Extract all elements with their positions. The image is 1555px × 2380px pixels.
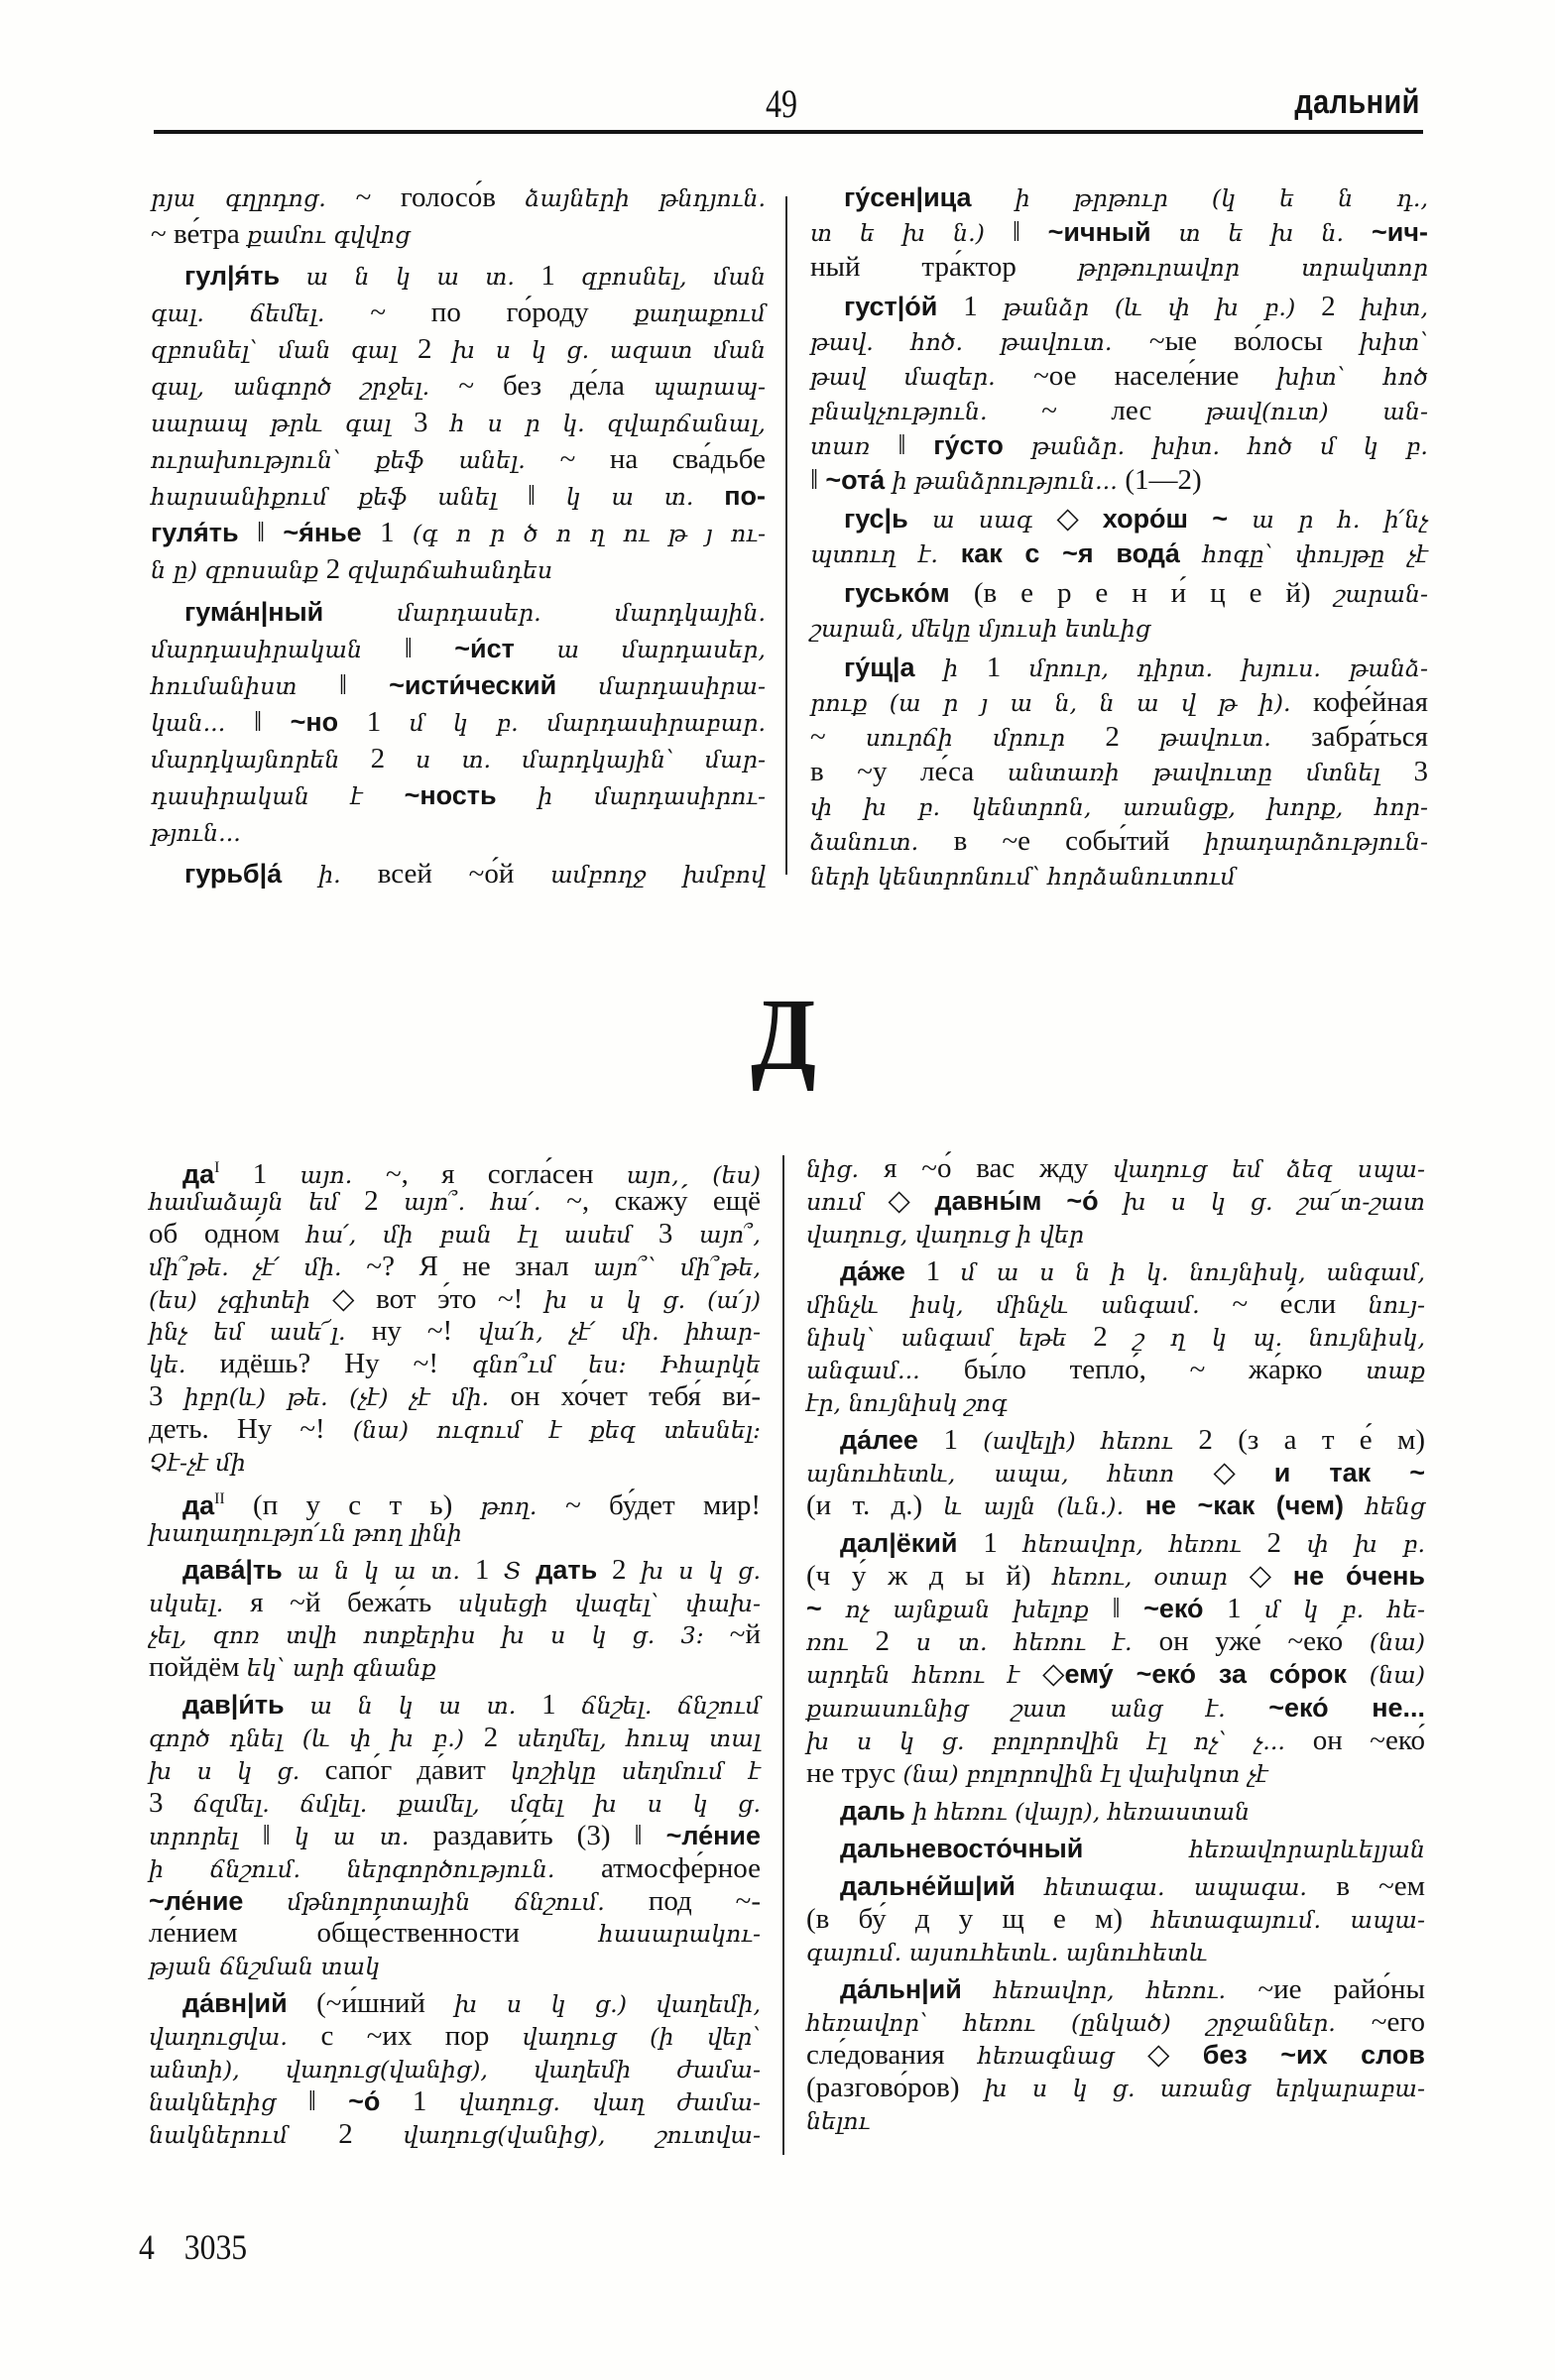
russian-text: (в е р е н и́ ц е й) bbox=[974, 577, 1335, 609]
armenian-translation: գալ. ճեմել. bbox=[151, 299, 370, 327]
armenian-translation: ների կենտրոնում՝ հորձանուտում bbox=[810, 863, 1236, 891]
russian-text: 1 bbox=[541, 1689, 581, 1721]
headword: давны́м ~о́ bbox=[934, 1186, 1123, 1216]
line-text: ный тра́ктор թրթուրավոր տրակտոր bbox=[810, 251, 1428, 283]
armenian-translation: անտառի թավուտը մտնել bbox=[1008, 759, 1414, 786]
line-text: մինչև իսկ, մինչև անգամ. ~ е́сли նույ- bbox=[806, 1288, 1425, 1320]
armenian-translation: կան... bbox=[151, 709, 254, 737]
russian-text: (1—2) bbox=[1125, 464, 1201, 496]
armenian-translation: արդեն հեռու է bbox=[806, 1661, 1042, 1689]
column-top-left: րյա գղրդոց. ~ голосо́в ձայների թնդյուն.~… bbox=[151, 181, 766, 890]
armenian-translation: խ ս կ ց. բոլորովին էլ ոչ՝ չ... bbox=[806, 1727, 1313, 1755]
armenian-translation: ի bbox=[943, 654, 987, 682]
dictionary-page: 49 дальний րյա գղրդոց. ~ голосо́в ձայներ… bbox=[0, 0, 1555, 2380]
line-text: ‖ ~ота́ ի թանձրություն... (1—2) bbox=[810, 464, 1202, 496]
armenian-translation: թանձր (և փ խ բ.) bbox=[1003, 294, 1321, 321]
armenian-translation: խաղաղությո՛ւն թող լինի bbox=[149, 1519, 462, 1547]
entry-line: նակներից ‖ ~о́ 1 վաղուց. վաղ ժամա- bbox=[149, 2085, 761, 2117]
line-text: гума́н|ный մարդասեր. մարդկային. bbox=[184, 596, 766, 628]
armenian-translation: խիտ, bbox=[1361, 294, 1428, 321]
armenian-translation: կ ա տ. bbox=[295, 1823, 433, 1850]
armenian-translation: ուրախություն՝ քեֆ անել. bbox=[151, 446, 560, 474]
headword: гурьб|а́ bbox=[184, 859, 318, 889]
entry-line: խաղաղությո՛ւն թող լինի bbox=[149, 1516, 761, 1548]
russian-text: ◇ bbox=[1056, 503, 1102, 535]
entry-line: հեռավոր՝ հեռու (ընկած) շրջաններ. ~его bbox=[806, 2006, 1425, 2038]
armenian-translation: հասարակու- bbox=[599, 1920, 761, 1948]
entry-start-line: гул|я́ть ա ն կ ա տ. 1 զբոսնել, ման bbox=[151, 260, 766, 292]
russian-text: всей ~о́й bbox=[378, 858, 550, 890]
line-text: րյա գղրդոց. ~ голосо́в ձայների թնդյուն. bbox=[151, 181, 766, 213]
armenian-translation: ի մարդասիրու- bbox=[538, 782, 766, 810]
russian-text: ~? Я не знал bbox=[366, 1250, 593, 1282]
russian-text: 2 bbox=[1093, 1321, 1134, 1353]
armenian-translation: անտի), վաղուց(վանից), վաղեմի ժամա- bbox=[149, 2056, 761, 2083]
armenian-translation: հոգը՝ փույթը չէ bbox=[1203, 540, 1428, 568]
entry-start-line: дав|и́ть ա ն կ ա տ. 1 ճնշել. ճնշում bbox=[149, 1689, 761, 1721]
line-text: (разгово́ров) խ ս կ ց. առանց երկարաբա- bbox=[806, 2072, 1425, 2103]
armenian-translation: խ ս կ ց. (ա՛յ) bbox=[544, 1286, 761, 1314]
entry-line: կան... ‖ ~но 1 մ կ բ. մարդասիրաբար. bbox=[151, 706, 766, 738]
line-text: փ խ բ. կենտրոն, առանցք, խորք, հոր- bbox=[810, 790, 1428, 822]
line-text: թավ. հոծ. թավուտ. ~ые во́лосы խիտ՝ bbox=[810, 325, 1428, 357]
entry-line: նիսկ՝ անգամ եթե 2 շ ղ կ պ. նույնիսկ, bbox=[806, 1321, 1425, 1353]
armenian-translation: հ ս ր կ. զվարճանալ, bbox=[450, 410, 766, 437]
line-text: дальневосто́чный հեռավորարևելյան bbox=[840, 1833, 1425, 1864]
entry-line: гуля́ть ‖ ~я́нье 1 (գ ո ր ծ ո ղ ու թ յ ո… bbox=[151, 517, 766, 548]
armenian-translation: Տ bbox=[504, 1557, 536, 1585]
armenian-translation: գայում. այսուհետև. այնուհետև bbox=[806, 1939, 1208, 1966]
russian-text: (в бу́ д у щ е м) bbox=[806, 1903, 1151, 1935]
line-text: дав|и́ть ա ն կ ա տ. 1 ճնշել. ճնշում bbox=[182, 1689, 761, 1721]
armenian-translation: այնուհետև, ապա, հետո bbox=[806, 1460, 1213, 1487]
armenian-translation: չել, զոռ տվի ոտքերիս խ ս կ ց. 3: bbox=[149, 1621, 730, 1649]
line-text: թավ մազեր. ~ое населе́ние խիտ՝ հոծ bbox=[810, 360, 1428, 392]
line-text: 3 իբր(և) թե. (չէ) չէ մի. он хо́чет тебя́… bbox=[149, 1380, 761, 1412]
russian-text: (и т. д.) bbox=[806, 1489, 943, 1521]
russian-text: он хо́чет тебя́ ви́- bbox=[511, 1380, 761, 1412]
armenian-translation: և այլն (ևն.). bbox=[943, 1492, 1144, 1520]
line-text: гурьб|а́ ի. всей ~о́й ամբողջ խմբով bbox=[184, 858, 766, 890]
line-text: խաղաղությո՛ւն թող լինի bbox=[149, 1516, 462, 1548]
armenian-translation: հարսանիքում քեֆ անել bbox=[151, 483, 528, 511]
headword: да́же bbox=[840, 1256, 926, 1286]
armenian-translation: ա մարդասեր, bbox=[556, 636, 766, 663]
headword: ~ность bbox=[405, 780, 538, 810]
russian-text: забра́ться bbox=[1311, 721, 1428, 753]
russian-text: ный тра́ктор bbox=[810, 251, 1078, 283]
headword: ~но bbox=[291, 707, 367, 737]
armenian-translation: մ ա ս ն ի կ. նույնիսկ, անգամ, bbox=[961, 1258, 1425, 1286]
armenian-translation: զվարճահանդես bbox=[347, 556, 552, 584]
russian-text: ~ е́сли bbox=[1232, 1288, 1368, 1320]
line-text: даль ի հեռու (վայր), հեռաստան bbox=[840, 1795, 1250, 1827]
russian-text: 1 bbox=[983, 1527, 1022, 1559]
line-text: խ ս կ ց. բոլորովին էլ ոչ՝ չ... он ~еко́ bbox=[806, 1725, 1425, 1756]
headword: да́вн|ий bbox=[182, 1988, 316, 2018]
armenian-translation: թավ. հոծ. թավուտ. bbox=[810, 328, 1149, 356]
armenian-translation: նակներից bbox=[149, 2088, 308, 2116]
entry-line: ~ սուրճի մրուր 2 թավուտ. забра́ться bbox=[810, 721, 1428, 753]
russian-text: сле́дования bbox=[806, 2039, 978, 2071]
line-text: մի՞թե. չէ՛ մի. ~? Я не знал այո՞՝ մի՞թե, bbox=[149, 1250, 761, 1282]
line-text: խ ս կ ց. сапо́г да́вит կոշիկը սեղմում է bbox=[149, 1754, 761, 1786]
headword: гус|ь bbox=[844, 504, 932, 534]
headword: гуля́ть bbox=[151, 518, 257, 547]
russian-text: (~и́шний bbox=[316, 1987, 454, 2019]
entry-start-line: гу́сен|ица ի թրթուր (կ ե ն դ., bbox=[810, 181, 1428, 213]
entry-start-line: да́льн|ий հեռավոր, հեռու. ~ие райо́ны bbox=[806, 1973, 1425, 2005]
armenian-translation: սում bbox=[806, 1188, 889, 1216]
entry-line: նակներում 2 վաղուց(վանից), շուտվա- bbox=[149, 2118, 761, 2150]
headword: без ~их слов bbox=[1203, 2040, 1425, 2070]
line-text: թյան ճնշման տակ bbox=[149, 1950, 380, 1981]
armenian-translation: մ կ բ. հե- bbox=[1264, 1596, 1425, 1623]
line-text: ուրախություն՝ քեֆ անել. ~ на сва́дьбе bbox=[151, 443, 766, 475]
line-text: սարապ թրև գալ 3 հ ս ր կ. զվարճանալ, bbox=[151, 407, 766, 438]
armenian-translation: ի հեռու (վայր), հեռաստան bbox=[912, 1798, 1250, 1826]
entry-line: դասիրական է ~ность ի մարդասիրու- bbox=[151, 779, 766, 811]
russian-text: под ~- bbox=[649, 1885, 761, 1917]
russian-text: ◇ bbox=[889, 1185, 935, 1217]
line-text: гул|я́ть ա ն կ ա տ. 1 զբոսնել, ման bbox=[184, 260, 766, 292]
armenian-translation: շ ղ կ պ. նույնիսկ, bbox=[1134, 1324, 1425, 1352]
headword: ~ич- bbox=[1372, 217, 1428, 247]
line-text: արդեն հեռու է ◇ему́ ~еко́ за со́рок (նա) bbox=[806, 1658, 1425, 1690]
armenian-translation: վաղուցվա. bbox=[149, 2023, 321, 2051]
armenian-translation: հեռագնաց bbox=[978, 2042, 1147, 2070]
entry-line: թավ. հոծ. թավուտ. ~ые во́лосы խիտ՝ bbox=[810, 325, 1428, 357]
line-text: համաձայն եմ 2 այո՞. հա՛. ~, скажу́ ещё bbox=[149, 1185, 761, 1217]
armenian-translation: նից. bbox=[806, 1155, 884, 1183]
entry-line: ный тра́ктор թրթուրավոր տրակտոր bbox=[810, 251, 1428, 283]
headword: ~еко́ bbox=[1143, 1594, 1227, 1623]
entry-line: տրորել ‖ կ ա տ. раздави́ть (3) ‖ ~ле́ние bbox=[149, 1820, 761, 1851]
entry-start-line: гума́н|ный մարդասեր. մարդկային. bbox=[151, 596, 766, 628]
russian-text: 1 bbox=[367, 706, 410, 738]
line-text: ձանուտ. в ~е собы́тий իրադարձություն- bbox=[810, 825, 1428, 857]
headword: гу́сто bbox=[933, 430, 1031, 460]
armenian-translation: հետագայում. ապա- bbox=[1151, 1906, 1425, 1934]
armenian-translation: խ ս կ ց. ազատ ման bbox=[452, 336, 766, 364]
line-text: (ч у́ ж д ы й) հեռու, օտար ◇ не о́чень bbox=[806, 1560, 1425, 1592]
entry-line: տառ ‖ гу́сто թանձր. խիտ. հոծ մ կ բ. bbox=[810, 429, 1428, 461]
headword: не о́чень bbox=[1293, 1561, 1425, 1591]
entry-line: թյուն... bbox=[151, 816, 766, 848]
line-text: густ|о́й 1 թանձր (և փ խ բ.) 2 խիտ, bbox=[844, 291, 1428, 322]
line-text: պտուղ է. как с ~я вода́ հոգը՝ փույթը չէ bbox=[810, 537, 1428, 569]
armenian-translation: խիտ՝ հոծ bbox=[1277, 363, 1429, 391]
line-text: սում ◇ давны́м ~о́ խ ս կ ց. շա՜տ-շատ bbox=[806, 1185, 1425, 1217]
entry-line: սարապ թրև գալ 3 հ ս ր կ. զվարճանալ, bbox=[151, 407, 766, 438]
russian-text: 2 (з а т е́ м) bbox=[1198, 1424, 1425, 1456]
russian-text: ‖ bbox=[257, 517, 283, 548]
entry-line: արդեն հեռու է ◇ему́ ~еко́ за со́рок (նա) bbox=[806, 1658, 1425, 1690]
russian-text: деть. Ну ~! bbox=[149, 1413, 353, 1445]
entry-line: ~ ве́тра քամու գվվոց bbox=[151, 218, 766, 250]
russian-text: ‖ bbox=[405, 633, 455, 664]
armenian-translation: մարդկայնորեն bbox=[151, 746, 371, 773]
armenian-translation: ա ր հ. ի՛նչ bbox=[1252, 506, 1428, 534]
line-text: 3 ճզմել. ճմլել. քամել, մզել խ ս կ ց. bbox=[149, 1787, 761, 1819]
armenian-translation: խիտ՝ bbox=[1360, 328, 1428, 356]
line-text: կան... ‖ ~но 1 մ կ բ. մարդասիրաբար. bbox=[151, 706, 766, 738]
line-text: զբոսնել՝ ման գալ 2 խ ս կ ց. ազատ ման bbox=[151, 333, 766, 365]
russian-text: ‖ bbox=[254, 706, 291, 738]
armenian-translation: մի՞թե. չէ՛ մի. bbox=[149, 1253, 366, 1281]
armenian-translation: խ ս կ ց. bbox=[641, 1557, 761, 1585]
headword: дава́|ть bbox=[182, 1555, 298, 1585]
entry-line: сле́дования հեռագնաց ◇ без ~их слов bbox=[806, 2039, 1425, 2071]
armenian-translation: էր, նույնիսկ շոգ bbox=[806, 1389, 1008, 1417]
entry-line: քառասունից շատ անց է. ~еко́ не... bbox=[806, 1692, 1425, 1724]
armenian-translation: ինչ եմ ասե՜լ. bbox=[149, 1318, 372, 1346]
line-text: ~ ве́тра քամու գվվոց bbox=[151, 218, 411, 250]
printer-footer: 43035 bbox=[139, 2229, 247, 2265]
headword: гу́щ|а bbox=[844, 653, 943, 682]
armenian-translation: հենց bbox=[1366, 1492, 1425, 1520]
armenian-translation: հեռավոր, հեռու. bbox=[994, 1976, 1257, 2004]
header-rule bbox=[154, 130, 1423, 134]
line-text: նից. я ~о́ вас жду վաղուց եմ ձեզ սպա- bbox=[806, 1152, 1425, 1184]
armenian-translation: պտուղ է. bbox=[810, 540, 961, 568]
russian-text: ~ ве́тра bbox=[151, 218, 247, 250]
russian-text: не трус bbox=[806, 1757, 902, 1789]
headword: ~исти́ческий bbox=[389, 670, 598, 700]
line-text: ле́нием обще́ственности հասարակու- bbox=[149, 1917, 761, 1949]
russian-text: ~ое населе́ние bbox=[1033, 360, 1276, 392]
armenian-translation: հեռավոր՝ հեռու (ընկած) շրջաններ. bbox=[806, 2009, 1372, 2037]
line-text: հարսանիքում քեֆ անել ‖ կ ա տ. по- bbox=[151, 480, 766, 512]
russian-text: ~ голосо́в bbox=[356, 181, 526, 213]
line-text: гуля́ть ‖ ~я́нье 1 (գ ո ր ծ ո ղ ու թ յ ո… bbox=[151, 517, 766, 548]
armenian-translation: խ ս կ ց. շա՜տ-շատ bbox=[1123, 1188, 1425, 1216]
column-bottom-right: նից. я ~о́ вас жду վաղուց եմ ձեզ սպա-սու… bbox=[806, 1152, 1425, 2136]
entry-line: ինչ եմ ասե՜լ. ну ~! վա՛հ, չէ՛ մի. իհար- bbox=[149, 1315, 761, 1347]
russian-text: 1 bbox=[963, 291, 1003, 322]
armenian-translation: ա ն կ ա տ. bbox=[305, 263, 540, 291]
entry-line: пойдём եկ՝ արի գնանք bbox=[149, 1651, 761, 1683]
line-text: ~ле́ние մթնոլորտային ճնշում. под ~- bbox=[149, 1885, 761, 1917]
armenian-translation: վաղուց (ի վեր՝ bbox=[523, 2023, 761, 2051]
entry-line: շարան, մեկը մյուսի ետևից bbox=[810, 612, 1428, 644]
armenian-translation: ա ն կ ա տ. bbox=[298, 1557, 475, 1585]
russian-text: я ~й бежа́ть bbox=[250, 1587, 458, 1618]
armenian-translation: (ավելի) հեռու bbox=[983, 1427, 1198, 1455]
armenian-translation: փ խ բ. bbox=[1307, 1530, 1425, 1558]
armenian-translation: ի թրթուր (կ ե ն դ., bbox=[1016, 184, 1428, 212]
line-text: մարդկայնորեն 2 ս տ. մարդկային՝ մար- bbox=[151, 743, 766, 774]
line-text: նելու bbox=[806, 2104, 870, 2136]
russian-text: 1 bbox=[540, 260, 581, 292]
armenian-translation: ս տ. հեռու է. bbox=[916, 1628, 1159, 1656]
entry-line: նելու bbox=[806, 2104, 1425, 2136]
entry-start-line: да́лее 1 (ավելի) հեռու 2 (з а т е́ м) bbox=[806, 1424, 1425, 1456]
entry-line: ի ճնշում. ներգործություն. атмосфе́рное bbox=[149, 1852, 761, 1884]
line-text: дал|ёкий 1 հեռավոր, հեռու 2 փ խ բ. bbox=[840, 1527, 1425, 1559]
russian-text: ~, скажу́ ещё bbox=[566, 1185, 761, 1217]
armenian-translation: վա՛հ, չէ՛ մի. իհար- bbox=[478, 1318, 761, 1346]
entry-start-line: густ|о́й 1 թանձր (և փ խ բ.) 2 խիտ, bbox=[810, 291, 1428, 322]
line-text: Չէ-չէ մի bbox=[149, 1446, 246, 1478]
entry-line: այնուհետև, ապա, հետո ◇ и так ~ bbox=[806, 1457, 1425, 1488]
line-text: անգամ... бы́ло тепло́, ~ жа́рко տաք bbox=[806, 1354, 1425, 1385]
line-text: տրորել ‖ կ ա տ. раздави́ть (3) ‖ ~ле́ние bbox=[149, 1820, 761, 1851]
russian-text: ◇ bbox=[1250, 1560, 1293, 1592]
headword: гу́сен|ица bbox=[844, 182, 1016, 212]
armenian-translation: քաղաքում bbox=[634, 299, 766, 327]
page-number: 49 bbox=[766, 84, 797, 124]
headword: хоро́ш ~ bbox=[1103, 504, 1252, 534]
line-text: անտի), վաղուց(վանից), վաղեմի ժամա- bbox=[149, 2053, 761, 2084]
russian-text: ‖ bbox=[308, 2085, 348, 2117]
line-text: դասիրական է ~ность ի մարդասիրու- bbox=[151, 779, 766, 811]
armenian-translation: ի ճնշում. ներգործություն. bbox=[149, 1855, 601, 1883]
line-text: дальне́йш|ий հետագա. ապագա. в ~ем bbox=[840, 1870, 1425, 1902]
headword: гусько́м bbox=[844, 578, 974, 608]
armenian-translation: րյա գղրդոց. bbox=[151, 184, 356, 212]
armenian-translation: խ ս կ ց. առանց երկարաբա- bbox=[984, 2075, 1425, 2102]
headword: густ|о́й bbox=[844, 292, 963, 321]
line-text: гус|ь ա սագ ◇ хоро́ш ~ ա ր հ. ի՛նչ bbox=[844, 503, 1428, 535]
russian-text: ‖ bbox=[528, 480, 566, 512]
russian-text: 1 bbox=[1227, 1593, 1264, 1624]
russian-text: 2 bbox=[326, 553, 348, 585]
entry-line: ~ле́ние մթնոլորտային ճնշում. под ~- bbox=[149, 1885, 761, 1917]
entry-line: մի՞թե. չէ՛ մի. ~? Я не знал այո՞՝ մի՞թե, bbox=[149, 1250, 761, 1282]
line-text: ի ճնշում. ներգործություն. атмосфе́рное bbox=[149, 1852, 761, 1884]
entry-line: թավ մազեր. ~ое населе́ние խիտ՝ հոծ bbox=[810, 360, 1428, 392]
entry-line: 3 իբր(և) թե. (չէ) չէ մի. он хо́чет тебя́… bbox=[149, 1380, 761, 1412]
entry-line: րուք (ա ր յ ա ն, ն ա վ թ ի). кофе́йная bbox=[810, 686, 1428, 718]
entry-start-line: да́вн|ий (~и́шний խ ս կ ց.) վաղեմի, bbox=[149, 1987, 761, 2019]
headword: ~о́ bbox=[348, 2086, 413, 2116]
headword: дальневосто́чный bbox=[840, 1834, 1189, 1863]
headword: ~ bbox=[806, 1594, 845, 1623]
armenian-translation: նիսկ՝ անգամ եթե bbox=[806, 1324, 1093, 1352]
armenian-translation: մ կ բ. մարդասիրաբար. bbox=[410, 709, 766, 737]
line-text: մարդասիրական ‖ ~и́ст ա մարդասեր, bbox=[151, 633, 766, 664]
armenian-translation: ի. bbox=[318, 861, 378, 889]
russian-text: 3 bbox=[658, 1218, 699, 1249]
russian-text: сапо́г да́вит bbox=[325, 1754, 511, 1786]
armenian-translation: զբոսնել, ման bbox=[581, 263, 766, 291]
entry-line: հարսանիքում քեֆ անել ‖ կ ա տ. по- bbox=[151, 480, 766, 512]
russian-text: ‖ bbox=[1013, 216, 1048, 248]
armenian-translation: տ ե խ ն.) bbox=[810, 219, 1013, 247]
russian-text: 3 bbox=[414, 407, 450, 438]
column-divider-bottom bbox=[782, 1155, 784, 2155]
russian-text: ‖ bbox=[897, 429, 933, 461]
armenian-translation: պարապ- bbox=[654, 373, 766, 401]
russian-text: идёшь? Ну ~! bbox=[220, 1348, 472, 1379]
russian-text: бы́ло тепло́, ~ жа́рко bbox=[964, 1354, 1367, 1385]
russian-text: с ~их пор bbox=[321, 2020, 523, 2052]
headword: ему́ ~еко́ за со́рок bbox=[1064, 1659, 1369, 1689]
line-text: բնակչություն. ~ лес թավ(ուտ) ան- bbox=[810, 395, 1428, 426]
armenian-translation: տրորել bbox=[149, 1823, 263, 1850]
armenian-translation: նույ- bbox=[1369, 1291, 1425, 1319]
armenian-translation: շարան- bbox=[1335, 580, 1429, 608]
armenian-translation: վաղուց, վաղուց ի վեր bbox=[806, 1221, 1084, 1249]
armenian-translation: ոչ այնքան խելոք bbox=[845, 1596, 1112, 1623]
headword: ~и́ст bbox=[454, 634, 556, 663]
armenian-translation: բնակչություն. bbox=[810, 398, 1041, 425]
armenian-translation: թրթուրավոր տրակտոր bbox=[1078, 254, 1428, 282]
entry-line: չել, զոռ տվի ոտքերիս խ ս կ ց. 3: ~й bbox=[149, 1618, 761, 1650]
russian-text: ‖ bbox=[810, 464, 825, 496]
armenian-translation: մինչև իսկ, մինչև անգամ. bbox=[806, 1291, 1232, 1319]
entry-line: գայում. այսուհետև. այնուհետև bbox=[806, 1936, 1425, 1967]
armenian-translation: հումանիստ bbox=[151, 672, 339, 700]
headword: ~ота́ bbox=[825, 465, 892, 495]
entry-start-line: дальневосто́чный հեռավորարևելյան bbox=[806, 1833, 1425, 1864]
armenian-translation: այո՞, bbox=[699, 1221, 761, 1249]
russian-text: ле́нием обще́ственности bbox=[149, 1917, 599, 1949]
russian-text: в ~е собы́тий bbox=[954, 825, 1205, 857]
armenian-translation: ի թանձրություն... bbox=[893, 467, 1126, 495]
headword: да́льн|ий bbox=[840, 1974, 994, 2004]
russian-text: ~ лес bbox=[1041, 395, 1205, 426]
armenian-translation: փ խ բ. կենտրոն, առանցք, խորք, հոր- bbox=[810, 793, 1428, 821]
armenian-translation: այո՞՝ մի՞թե, bbox=[593, 1253, 761, 1281]
line-text: гу́сен|ица ի թրթուր (կ ե ն դ., bbox=[844, 181, 1428, 213]
line-text: գալ. ճեմել. ~ по го́роду քաղաքում bbox=[151, 297, 766, 328]
armenian-translation: իբր(և) թե. (չէ) չէ մի. bbox=[184, 1383, 511, 1411]
armenian-translation: գալ, անգործ շրջել. bbox=[151, 373, 458, 401]
russian-text: кофе́йная bbox=[1313, 686, 1428, 718]
line-text: չել, զոռ տվի ոտքերիս խ ս կ ց. 3: ~й bbox=[149, 1618, 761, 1650]
russian-text: 2 bbox=[875, 1625, 915, 1657]
armenian-translation: մարդասիրա- bbox=[598, 672, 766, 700]
russian-text: 1 bbox=[926, 1255, 961, 1287]
line-text: նակներից ‖ ~о́ 1 վաղուց. վաղ ժամա- bbox=[149, 2085, 761, 2117]
headword: ~я́нье bbox=[283, 518, 380, 547]
armenian-translation: գնո՞ւմ ես: Իհարկե bbox=[472, 1351, 761, 1378]
russian-text: 3 bbox=[149, 1787, 193, 1819]
line-text: գործ դնել (և փ խ բ.) 2 սեղմել, հուպ տալ bbox=[149, 1722, 761, 1753]
armenian-translation: ճզմել. ճմլել. քամել, մզել խ ս կ ց. bbox=[193, 1790, 761, 1818]
armenian-translation: թավ(ուտ) ան- bbox=[1206, 398, 1428, 425]
line-text: կե. идёшь? Ну ~! գնո՞ւմ ես: Իհարկե bbox=[149, 1348, 761, 1379]
armenian-translation: մարդասիրական bbox=[151, 636, 405, 663]
entry-line: մարդասիրական ‖ ~и́ст ա մարդասեր, bbox=[151, 633, 766, 664]
line-text: հեռավոր՝ հեռու (ընկած) շրջաններ. ~его bbox=[806, 2006, 1425, 2038]
headword: не ~как (чем) bbox=[1145, 1490, 1366, 1520]
line-text: գալ, անգործ շրջել. ~ без де́ла պարապ- bbox=[151, 370, 766, 402]
entry-start-line: гу́щ|а ի 1 մրուր, դիրտ. խյուս. թանձ- bbox=[810, 652, 1428, 683]
armenian-translation: հեռու, օտար bbox=[1052, 1563, 1250, 1591]
line-text: ~ ոչ այնքան խելոք ‖ ~еко́ 1 մ կ բ. հե- bbox=[806, 1593, 1425, 1624]
line-text: տ ե խ ն.) ‖ ~ичный տ ե խ ն. ~ич- bbox=[810, 216, 1428, 248]
column-bottom-left: даI 1 այո. ~, я согла́сен այո, (ես)համաձ… bbox=[149, 1152, 761, 2150]
armenian-translation: վաղուց եմ ձեզ սպա- bbox=[1113, 1155, 1425, 1183]
armenian-translation: նելու bbox=[806, 2107, 870, 2135]
armenian-translation: (նա) bbox=[1370, 1661, 1425, 1689]
entry-line: деть. Ну ~! (նա) ուզում է քեզ տեսնել: bbox=[149, 1413, 761, 1445]
armenian-translation: մթնոլորտային ճնշում. bbox=[287, 1888, 648, 1916]
entry-line: (ես) չգիտեի ◇ вот э́то ~! խ ս կ ց. (ա՛յ) bbox=[149, 1283, 761, 1315]
russian-text: 1 bbox=[987, 652, 1029, 683]
line-text: ռու 2 ս տ. հեռու է. он уже́ ~еко́ (նա) bbox=[806, 1625, 1425, 1657]
line-text: да́вн|ий (~и́шний խ ս կ ց.) վաղեմի, bbox=[182, 1987, 761, 2019]
entry-line: րյա գղրդոց. ~ голосо́в ձայների թնդյուն. bbox=[151, 181, 766, 213]
russian-text: ◇ bbox=[1147, 2039, 1203, 2071]
russian-text: ~ по го́роду bbox=[370, 297, 634, 328]
entry-line: не трус (նա) բոլորովին էլ վախկոտ չէ bbox=[806, 1757, 1425, 1789]
entry-line: տ ե խ ն.) ‖ ~ичный տ ե խ ն. ~ич- bbox=[810, 216, 1428, 248]
armenian-translation: հա՛, մի բան էլ ասեմ bbox=[306, 1221, 658, 1249]
